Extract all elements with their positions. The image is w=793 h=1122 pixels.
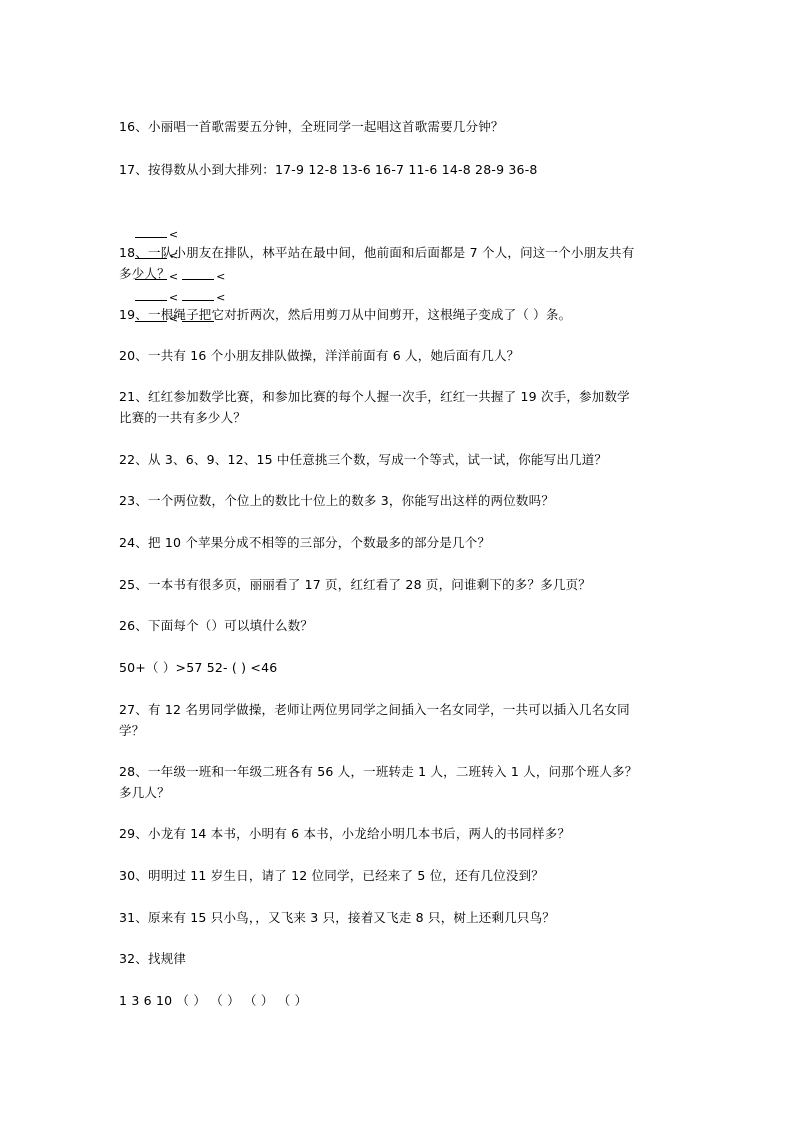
question-31: 31、原来有 15 只小鸟，，又飞来 3 只，接着又飞走 8 只，树上还剩几只鸟… [119,908,555,928]
question-21-line-2: 比赛的一共有多少人？ [119,408,246,428]
answer-blank[interactable] [182,267,214,280]
less-than-sign: < [169,225,178,245]
question-23: 23、一个两位数，个位上的数比十位上的数多 3，你能写出这样的两位数吗？ [119,491,554,511]
question-22: 22、从 3、6、9、12、15 中任意挑三个数，写成一个等式，试一试，你能写出… [119,450,607,470]
less-than-sign: < [216,267,225,287]
question-27-line-2: 学？ [119,721,144,741]
question-18-line-1: 18、一队小朋友在排队，林平站在最中间，他前面和后面都是 7 个人，问这一个小朋… [119,243,634,263]
question-27-line-1: 27、有 12 名男同学做操，老师让两位男同学之间插入一名女同学，一共可以插入几… [119,700,630,720]
question-28-line-1: 28、一年级一班和一年级二班各有 56 人，一班转走 1 人，二班转入 1 人，… [119,762,637,782]
answer-blank[interactable] [135,288,167,301]
answer-blank[interactable] [135,225,167,238]
question-26-expression: 50+（ ）>57 52- ( ) <46 [119,658,277,678]
document-page: 16、小丽唱一首歌需要五分钟，全班同学一起唱这首歌需要几分钟？ 17、按得数从小… [0,0,793,1122]
question-24: 24、把 10 个苹果分成不相等的三部分，个数最多的部分是几个？ [119,533,490,553]
question-28-line-2: 多几人？ [119,783,170,803]
answer-blank[interactable] [182,288,214,301]
question-17: 17、按得数从小到大排列：17-9 12-8 13-6 16-7 11-6 14… [119,160,538,180]
question-30: 30、明明过 11 岁生日，请了 12 位同学，已经来了 5 位，还有几位没到？ [119,866,544,886]
question-20: 20、一共有 16 个小朋友排队做操，洋洋前面有 6 人，她后面有几人？ [119,346,519,366]
question-25: 25、一本书有很多页，丽丽看了 17 页，红红看了 28 页，问谁剩下的多？多几… [119,575,591,595]
question-19: 19、一根绳子把它对折两次，然后用剪刀从中间剪开，这根绳子变成了（ ）条。 [119,305,571,325]
less-than-sign: < [169,267,178,287]
question-32-sequence: 1 3 6 10 （ ） （ ） （ ） （ ） [119,991,307,1011]
question-18-line-2: 多少人？ [119,264,170,284]
question-29: 29、小龙有 14 本书，小明有 6 本书，小龙给小明几本书后，两人的书同样多？ [119,824,570,844]
question-16: 16、小丽唱一首歌需要五分钟，全班同学一起唱这首歌需要几分钟？ [119,117,504,137]
question-26: 26、下面每个（）可以填什么数？ [119,616,313,636]
question-21-line-1: 21、红红参加数学比赛，和参加比赛的每个人握一次手，红红一共握了 19 次手，参… [119,387,630,407]
question-32: 32、找规律 [119,949,186,969]
